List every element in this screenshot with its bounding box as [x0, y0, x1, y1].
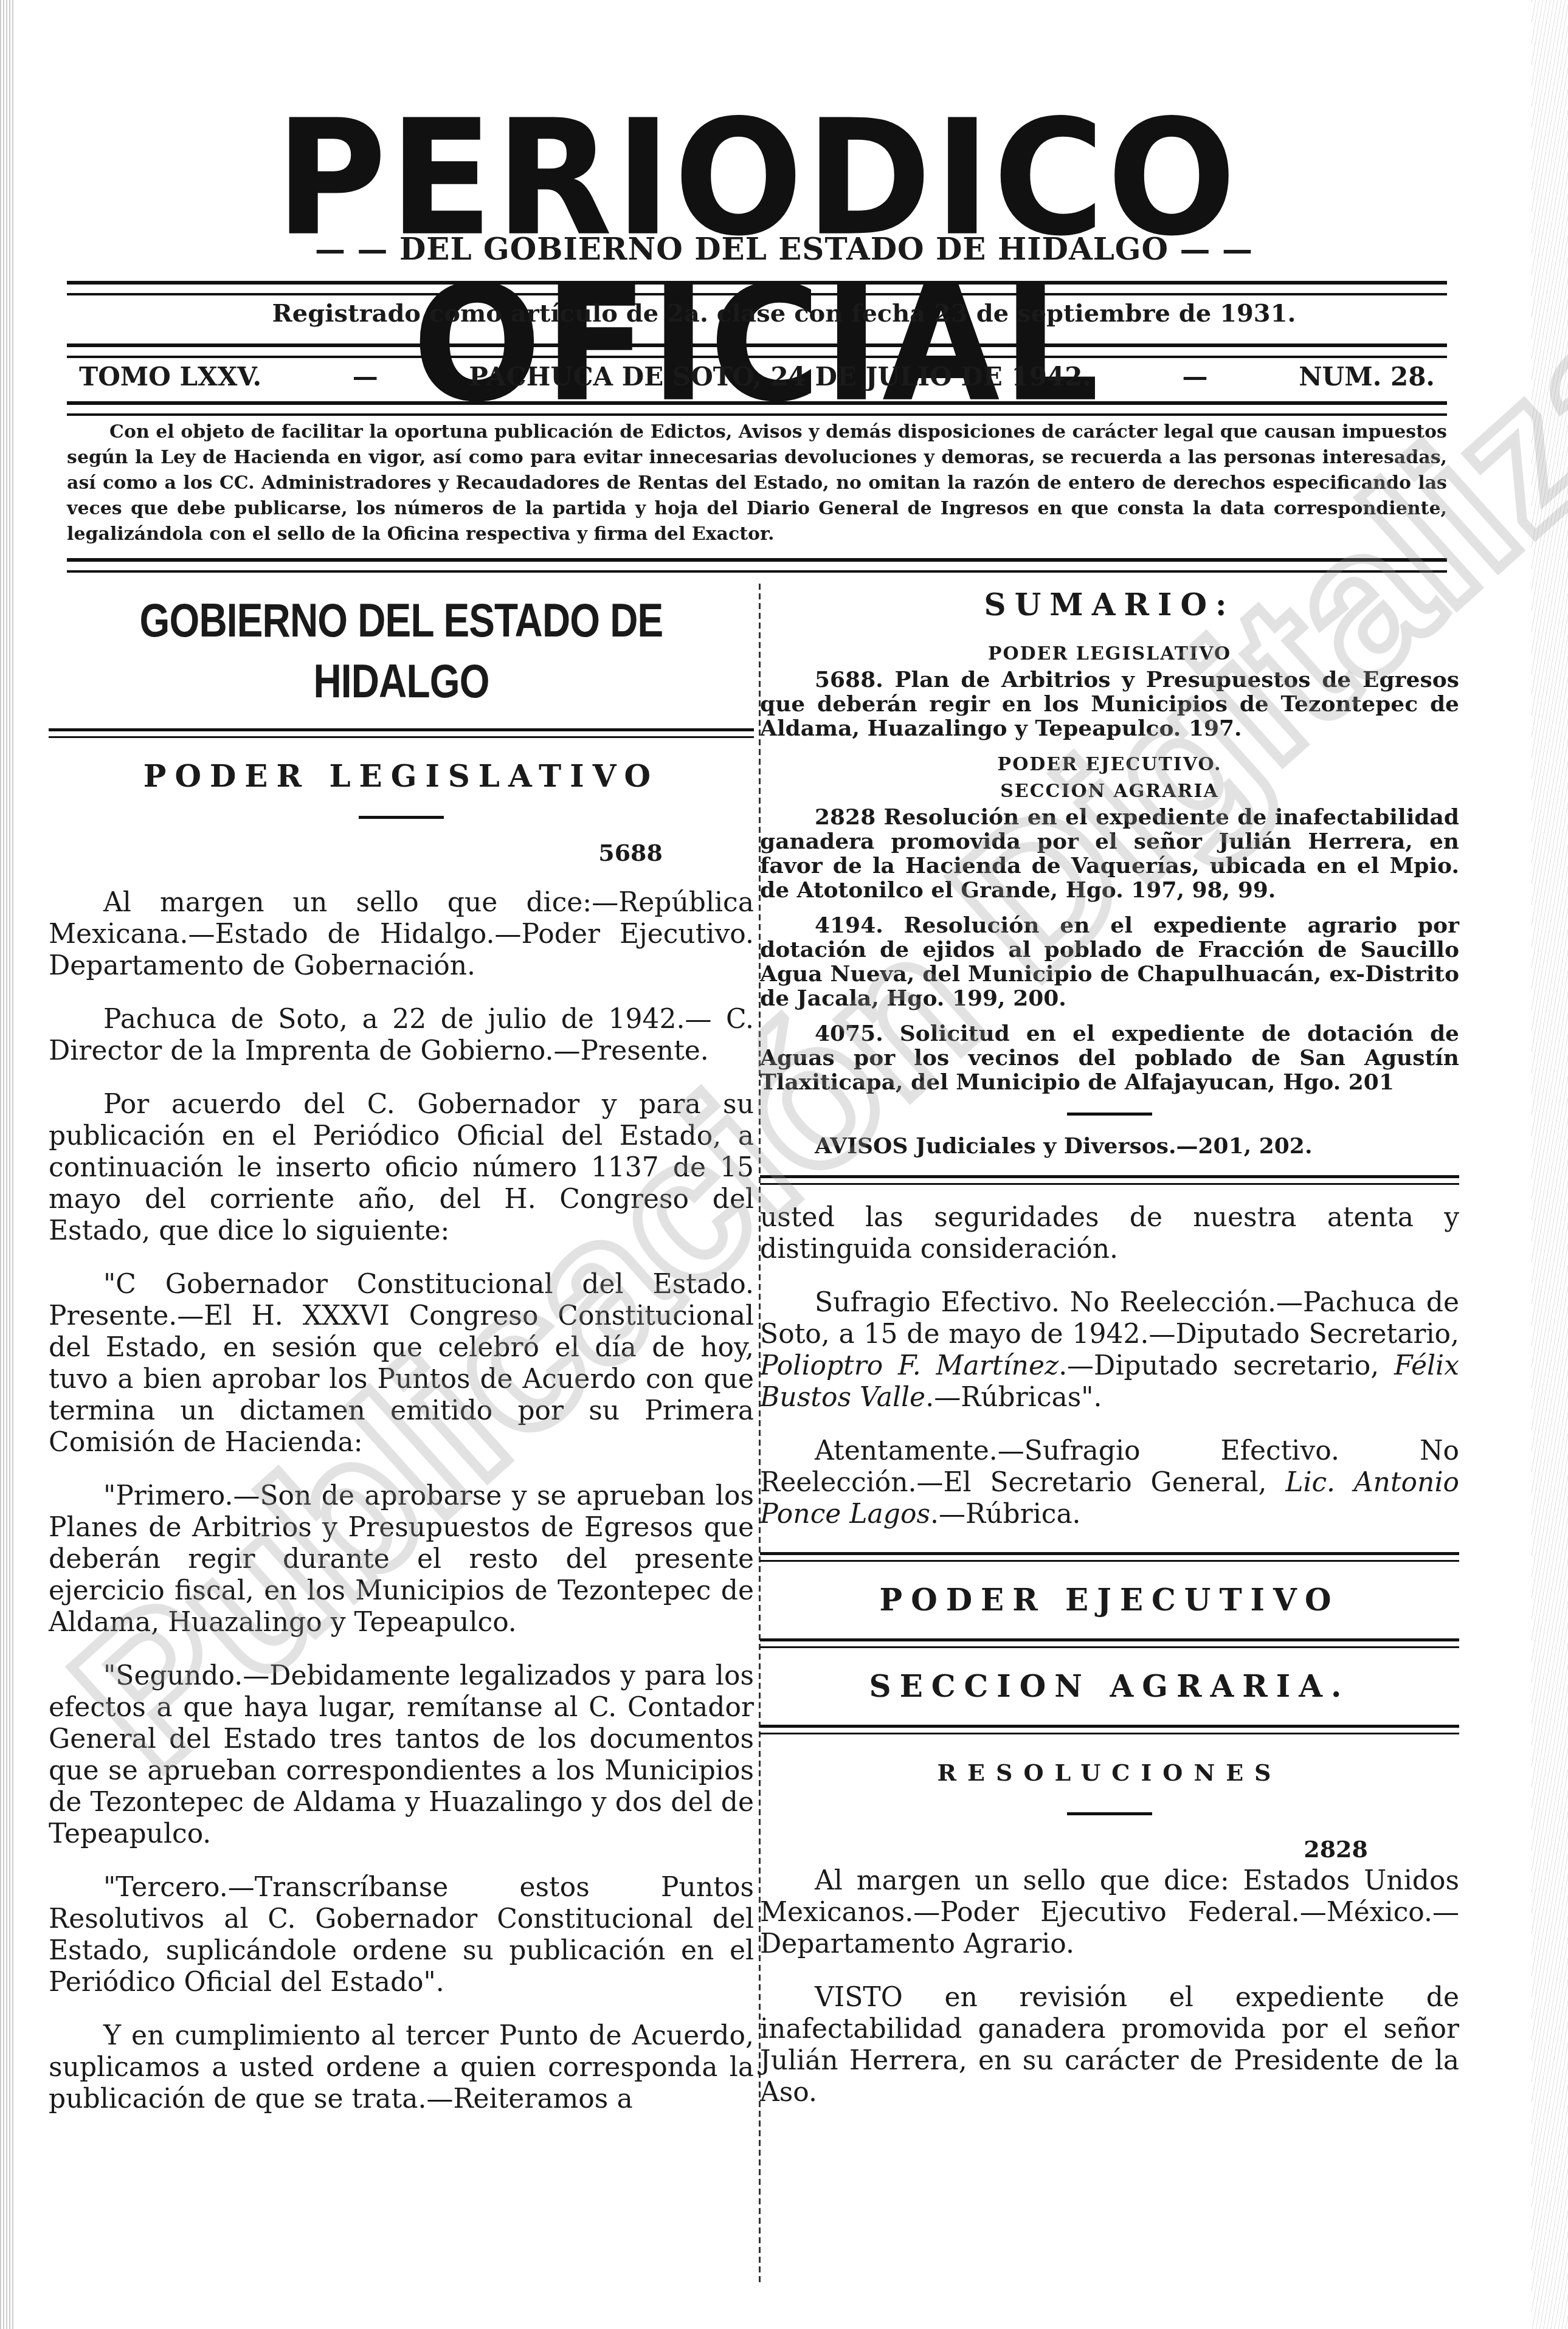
paragraph: Sufragio Efectivo. No Reelección.—Pachuc… [760, 1287, 1459, 1413]
short-divider [1067, 1812, 1152, 1815]
divider [49, 728, 754, 738]
summary-group-subheading: SECCION AGRARIA [760, 778, 1459, 805]
masthead-subtitle: — — DEL GOBIERNO DEL ESTADO DE HIDALGO —… [0, 231, 1568, 267]
newspaper-page: PERIODICO OFICIAL — — DEL GOBIERNO DEL E… [0, 0, 1568, 2329]
summary-item: 4075. Solicitud en el expediente de dota… [760, 1021, 1459, 1094]
divider [67, 281, 1447, 295]
dateline: TOMO LXXV. — PACHUCA DE SOTO, 24 DE JULI… [79, 362, 1435, 392]
publication-notice: Con el objeto de facilitar la oportuna p… [67, 419, 1447, 547]
place-date: PACHUCA DE SOTO, 24 DE JULIO DE 1942. [469, 362, 1091, 392]
paragraph: "Segundo.—Debidamente legalizados y para… [49, 1660, 754, 1850]
divider [760, 1638, 1459, 1648]
section-heading: PODER LEGISLATIVO [49, 755, 754, 798]
divider [67, 401, 1447, 416]
issue-number: NUM. 28. [1299, 362, 1435, 392]
summary-item: 5688. Plan de Arbitrios y Presupuestos d… [760, 668, 1459, 740]
summary-title: SUMARIO: [760, 584, 1459, 626]
paragraph: "C Gobernador Constitucional del Estado.… [49, 1269, 754, 1458]
divider [760, 1552, 1459, 1562]
volume: TOMO LXXV. [79, 362, 261, 392]
summary: SUMARIO: PODER LEGISLATIVO 5688. Plan de… [760, 584, 1459, 1158]
paragraph: Al margen un sello que dice: Estados Uni… [760, 1865, 1459, 1960]
document-number: 2828 [760, 1834, 1459, 1865]
paragraph: Atentamente.—Sufragio Efectivo. No Reele… [760, 1435, 1459, 1530]
subsection-heading: RESOLUCIONES [760, 1751, 1459, 1794]
government-heading: GOBIERNO DEL ESTADO DE HIDALGO [112, 590, 690, 711]
divider [760, 1725, 1459, 1734]
right-column: SUMARIO: PODER LEGISLATIVO 5688. Plan de… [760, 584, 1459, 2130]
divider [67, 558, 1447, 573]
section-heading: PODER EJECUTIVO [760, 1579, 1459, 1621]
left-column: GOBIERNO DEL ESTADO DE HIDALGO PODER LEG… [49, 590, 754, 2137]
short-divider [1067, 1113, 1152, 1116]
summary-avisos: AVISOS Judiciales y Diversos.—201, 202. [760, 1134, 1459, 1158]
paragraph: Al margen un sello que dice:—República M… [49, 887, 754, 982]
scan-edge-left [0, 0, 13, 2329]
paragraph: "Tercero.—Transcríbanse estos Puntos Res… [49, 1872, 754, 1998]
scan-edge-right [1532, 0, 1568, 2329]
paragraph: VISTO en revisión el expediente de inafe… [760, 1982, 1459, 2108]
summary-item: 2828 Resolución en el expediente de inaf… [760, 805, 1459, 902]
summary-group-heading: PODER LEGISLATIVO [760, 641, 1459, 668]
paragraph: usted las seguridades de nuestra atenta … [760, 1202, 1459, 1265]
dash: — [1183, 362, 1208, 392]
short-divider [359, 816, 444, 819]
document-number: 5688 [49, 837, 754, 869]
section-heading: SECCION AGRARIA. [760, 1665, 1459, 1708]
divider [760, 1175, 1459, 1185]
signatory: Polioptro F. Martínez [760, 1350, 1059, 1381]
paragraph: "Primero.—Son de aprobarse y se aprueban… [49, 1480, 754, 1638]
dash: — [353, 362, 378, 392]
summary-item: 4194. Resolución en el expediente agrari… [760, 913, 1459, 1010]
registration-line: Registrado como artículo de 2a. clase co… [0, 299, 1568, 328]
paragraph: Pachuca de Soto, a 22 de julio de 1942.—… [49, 1004, 754, 1067]
paragraph: Por acuerdo del C. Gobernador y para su … [49, 1089, 754, 1247]
divider [67, 343, 1447, 358]
paragraph: Y en cumplimiento al tercer Punto de Acu… [49, 2020, 754, 2115]
summary-group-heading: PODER EJECUTIVO. [760, 751, 1459, 778]
